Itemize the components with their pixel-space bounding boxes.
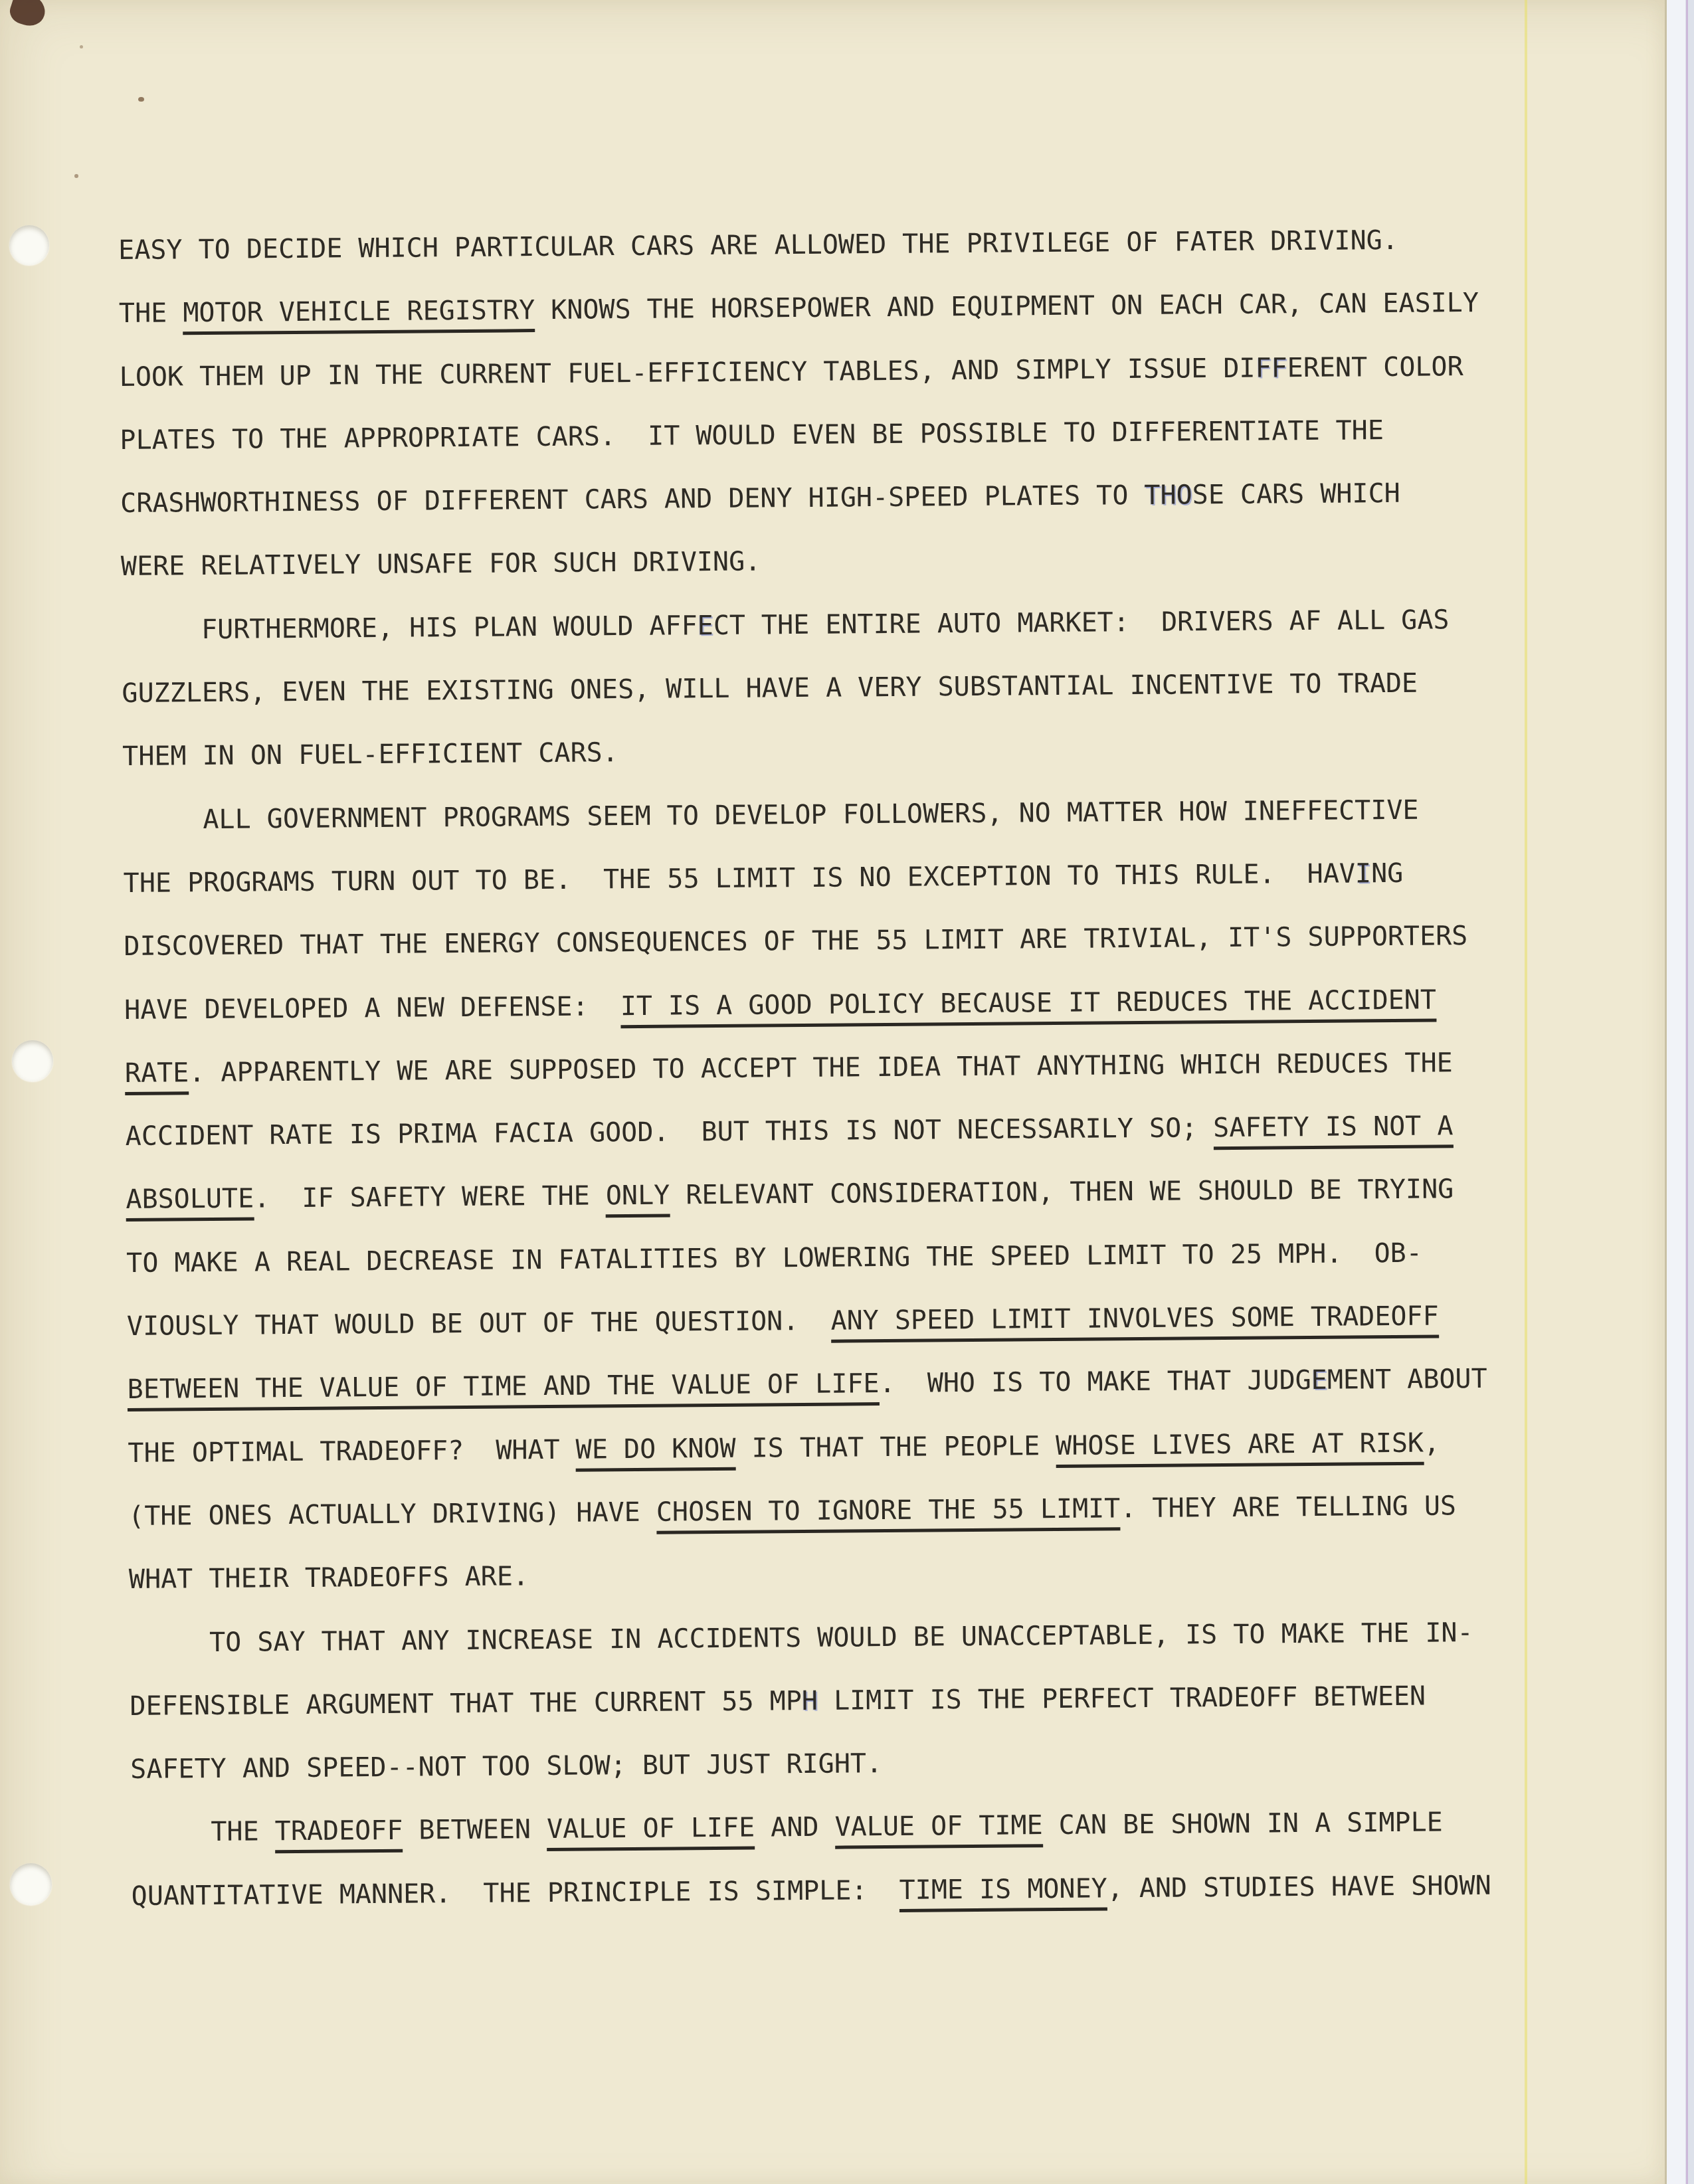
text-segment: BETWEEN (403, 1814, 547, 1846)
text-line-20: THE OPTIMAL TRADEOFF? WHAT WE DO KNOW IS… (128, 1411, 1563, 1485)
text-line-17: TO MAKE A REAL DECREASE IN FATALITIES BY… (126, 1221, 1562, 1295)
text-segment: E (1311, 1365, 1327, 1396)
text-segment: . IF SAFETY WERE THE (254, 1181, 606, 1214)
text-line-25: SAFETY AND SPEED--NOT TOO SLOW; BUT JUST… (130, 1727, 1566, 1801)
text-segment: CRASHWORTHINESS OF DIFFERENT CARS AND DE… (120, 480, 1145, 519)
underlined-text: VALUE OF LIFE (547, 1813, 755, 1851)
paper-speck (138, 97, 144, 102)
underlined-text: ABSOLUTE (126, 1184, 254, 1222)
text-segment: THE PROGRAMS TURN OUT TO BE. THE 55 LIMI… (124, 858, 1356, 899)
text-segment: WERE RELATIVELY UNSAFE FOR SUCH DRIVING. (121, 547, 761, 583)
hole-punch-bottom (10, 1863, 52, 1905)
text-line-5: CRASHWORTHINESS OF DIFFERENT CARS AND DE… (120, 461, 1556, 535)
underlined-text: RATE (125, 1057, 189, 1095)
text-line-1: EASY TO DECIDE WHICH PARTICULAR CARS ARE… (118, 208, 1554, 282)
text-segment: GUZZLERS, EVEN THE EXISTING ONES, WILL H… (122, 668, 1418, 709)
text-segment: . APPARENTLY WE ARE SUPPOSED TO ACCEPT T… (189, 1047, 1453, 1088)
text-line-15: ACCIDENT RATE IS PRIMA FACIA GOOD. BUT T… (125, 1094, 1560, 1168)
underlined-text: IT IS A GOOD POLICY BECAUSE IT REDUCES T… (620, 984, 1437, 1028)
text-segment: TO MAKE A REAL DECREASE IN FATALITIES BY… (126, 1237, 1422, 1278)
hole-punch-middle (12, 1040, 53, 1081)
text-line-13: HAVE DEVELOPED A NEW DEFENSE: IT IS A GO… (124, 968, 1560, 1042)
text-line-4: PLATES TO THE APPROPRIATE CARS. IT WOULD… (120, 398, 1555, 472)
text-segment: E (698, 610, 713, 641)
text-segment: I (1355, 858, 1371, 889)
paper-speck (74, 174, 78, 178)
text-segment: THO (1144, 480, 1192, 511)
underlined-text: CHOSEN TO IGNORE THE 55 LIMIT (656, 1493, 1121, 1534)
text-segment: NG (1371, 858, 1404, 889)
text-segment: ALL GOVERNMENT PROGRAMS SEEM TO DEVELOP … (123, 794, 1419, 835)
underlined-text: ANY SPEED LIMIT INVOLVES SOME TRADEOFF (830, 1301, 1439, 1343)
text-line-12: DISCOVERED THAT THE ENERGY CONSEQUENCES … (124, 904, 1559, 978)
text-segment: HAVE DEVELOPED A NEW DEFENSE: (124, 991, 620, 1026)
text-segment: LOOK THEM UP IN THE CURRENT FUEL-EFFICIE… (120, 353, 1256, 392)
underlined-text: WE DO KNOW (576, 1433, 736, 1471)
text-line-27: QUANTITATIVE MANNER. THE PRINCIPLE IS SI… (131, 1854, 1566, 1928)
underlined-text: TRADEOFF (275, 1815, 403, 1854)
text-segment: QUANTITATIVE MANNER. THE PRINCIPLE IS SI… (132, 1875, 899, 1912)
text-segment: THEM IN ON FUEL-EFFICIENT CARS. (122, 738, 618, 773)
text-line-8: GUZZLERS, EVEN THE EXISTING ONES, WILL H… (122, 651, 1557, 725)
text-segment: RELEVANT CONSIDERATION, THEN WE SHOULD B… (670, 1174, 1454, 1211)
text-segment: CT THE ENTIRE AUTO MARKET: DRIVERS AF AL… (713, 604, 1450, 641)
text-segment: SE CARS WHICH (1192, 478, 1400, 510)
underlined-text: BETWEEN THE VALUE OF TIME AND THE VALUE … (128, 1368, 880, 1411)
text-line-16: ABSOLUTE. IF SAFETY WERE THE ONLY RELEVA… (126, 1157, 1561, 1231)
text-line-19: BETWEEN THE VALUE OF TIME AND THE VALUE … (127, 1347, 1562, 1421)
text-line-7: FURTHERMORE, HIS PLAN WOULD AFFECT THE E… (121, 588, 1556, 662)
text-line-10: ALL GOVERNMENT PROGRAMS SEEM TO DEVELOP … (123, 778, 1558, 852)
text-segment: DISCOVERED THAT THE ENERGY CONSEQUENCES … (124, 921, 1467, 962)
text-segment: THE (131, 1817, 275, 1849)
text-segment: VIOUSLY THAT WOULD BE OUT OF THE QUESTIO… (127, 1306, 831, 1342)
text-segment: FURTHERMORE, HIS PLAN WOULD AFF (122, 610, 698, 646)
scanner-edge-line (1686, 0, 1688, 2184)
text-segment: ERENT COLOR (1287, 351, 1463, 383)
text-line-22: WHAT THEIR TRADEOFFS ARE. (129, 1537, 1564, 1611)
text-line-24: DEFENSIBLE ARGUMENT THAT THE CURRENT 55 … (130, 1664, 1565, 1738)
text-segment: AND (755, 1812, 835, 1843)
text-segment: THE (119, 298, 183, 329)
document-text: EASY TO DECIDE WHICH PARTICULAR CARS ARE… (118, 208, 1566, 1928)
hole-punch-top (9, 225, 49, 265)
underlined-text: WHOSE LIVES ARE AT RISK (1056, 1427, 1424, 1467)
paper-speck (80, 45, 83, 48)
text-segment: LIMIT IS THE PERFECT TRADEOFF BETWEEN (818, 1681, 1426, 1716)
text-segment: . WHO IS TO MAKE THAT JUDG (879, 1365, 1311, 1399)
text-segment: WHAT THEIR TRADEOFFS ARE. (129, 1561, 529, 1595)
text-line-2: THE MOTOR VEHICLE REGISTRY KNOWS THE HOR… (119, 271, 1554, 345)
text-segment: CAN BE SHOWN IN A SIMPLE (1042, 1807, 1442, 1841)
text-segment: DEFENSIBLE ARGUMENT THAT THE CURRENT 55 … (130, 1686, 802, 1722)
text-line-9: THEM IN ON FUEL-EFFICIENT CARS. (122, 714, 1558, 788)
scanned-document: EASY TO DECIDE WHICH PARTICULAR CARS ARE… (0, 0, 1694, 2184)
text-segment: , AND STUDIES HAVE SHOWN (1107, 1870, 1491, 1904)
scanner-background-strip-inner (1667, 0, 1685, 2184)
text-segment: IS THAT THE PEOPLE (735, 1431, 1056, 1464)
text-segment: THE OPTIMAL TRADEOFF? WHAT (128, 1434, 576, 1468)
text-segment: ACCIDENT RATE IS PRIMA FACIA GOOD. BUT T… (126, 1113, 1214, 1152)
text-segment: PLATES TO THE APPROPRIATE CARS. IT WOULD… (120, 415, 1384, 456)
text-line-26: THE TRADEOFF BETWEEN VALUE OF LIFE AND V… (131, 1790, 1566, 1865)
text-line-11: THE PROGRAMS TURN OUT TO BE. THE 55 LIMI… (123, 841, 1558, 915)
text-segment: MENT ABOUT (1327, 1364, 1487, 1396)
text-segment: SAFETY AND SPEED--NOT TOO SLOW; BUT JUST… (130, 1748, 882, 1785)
text-line-21: (THE ONES ACTUALLY DRIVING) HAVE CHOSEN … (128, 1474, 1564, 1548)
underlined-text: VALUE OF TIME (834, 1811, 1043, 1849)
text-line-3: LOOK THEM UP IN THE CURRENT FUEL-EFFICIE… (119, 335, 1554, 409)
text-line-14: RATE. APPARENTLY WE ARE SUPPOSED TO ACCE… (125, 1031, 1560, 1105)
underlined-text: ONLY (606, 1180, 670, 1218)
text-line-23: TO SAY THAT ANY INCREASE IN ACCIDENTS WO… (129, 1601, 1564, 1675)
text-segment: H (802, 1686, 818, 1716)
underlined-text: TIME IS MONEY (899, 1873, 1107, 1912)
text-segment: EASY TO DECIDE WHICH PARTICULAR CARS ARE… (118, 225, 1398, 266)
text-segment: TO SAY THAT ANY INCREASE IN ACCIDENTS WO… (130, 1617, 1473, 1659)
text-segment: . THEY ARE TELLING US (1120, 1491, 1456, 1524)
underlined-text: MOTOR VEHICLE REGISTRY (183, 295, 535, 335)
text-segment: FF (1255, 353, 1287, 383)
text-line-6: WERE RELATIVELY UNSAFE FOR SUCH DRIVING. (121, 525, 1556, 599)
text-segment: (THE ONES ACTUALLY DRIVING) HAVE (128, 1497, 656, 1532)
text-segment: KNOWS THE HORSEPOWER AND EQUIPMENT ON EA… (535, 288, 1479, 325)
underlined-text: SAFETY IS NOT A (1213, 1111, 1454, 1150)
text-segment: , (1424, 1427, 1440, 1458)
text-line-18: VIOUSLY THAT WOULD BE OUT OF THE QUESTIO… (127, 1284, 1562, 1358)
